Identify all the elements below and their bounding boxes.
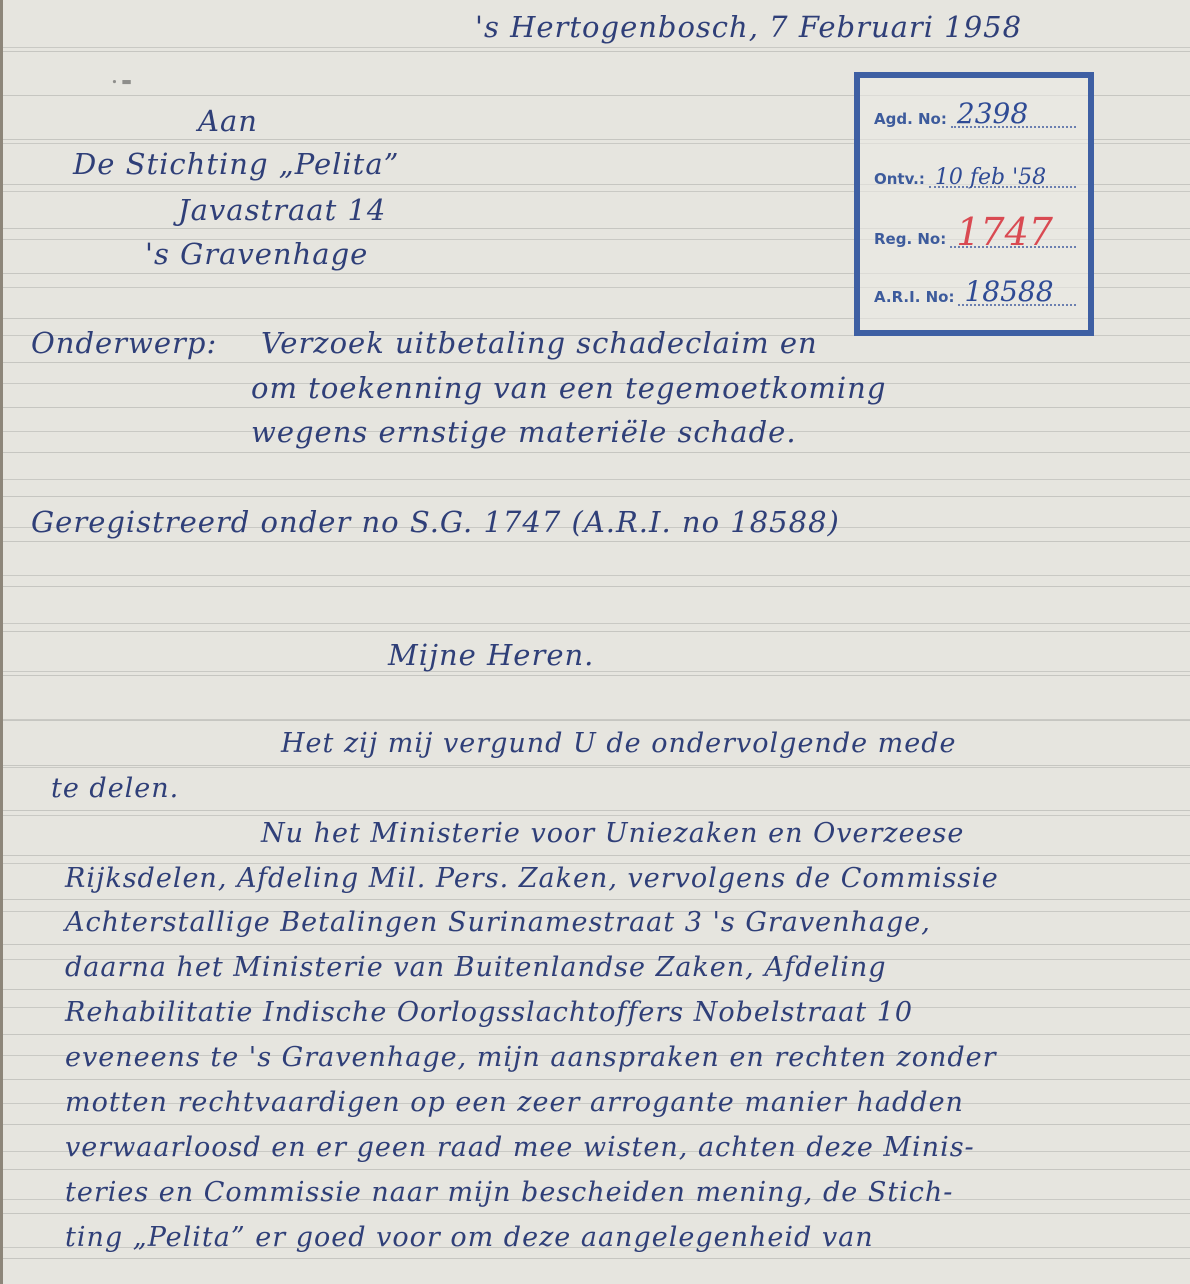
ruled-line: [3, 899, 1190, 900]
stamp-value-ari: 18588: [964, 275, 1053, 308]
body-line: te delen.: [51, 773, 179, 804]
ruled-line: [3, 496, 1190, 497]
stamp-value-reg: 1747: [956, 210, 1053, 254]
subject-line3: wegens ernstige materiële schade.: [251, 415, 797, 449]
stamp-row-ari: A.R.I. No: 18588: [874, 272, 1076, 312]
stamp-row-agd: Agd. No: 2398: [874, 94, 1076, 134]
stamp-field: 1747: [950, 206, 1076, 248]
registration-stamp: Agd. No: 2398 Ontv.: 10 feb '58 Reg. No:…: [854, 72, 1094, 336]
ruled-line: [3, 810, 1190, 811]
ruled-line: [3, 1034, 1190, 1035]
ruled-line: [3, 1169, 1190, 1170]
stamp-label: Ontv.:: [874, 170, 925, 188]
stamp-field: 18588: [958, 264, 1076, 306]
subject-line2: om toekenning van een tegemoetkoming: [251, 371, 886, 405]
addressee-line4: 's Gravenhage: [145, 237, 368, 271]
ruled-line: [3, 944, 1190, 945]
subject-line1: Verzoek uitbetaling schadeclaim en: [261, 326, 818, 360]
place-date: 's Hertogenbosch, 7 Februari 1958: [475, 10, 1022, 44]
body-line: teries en Commissie naar mijn bescheiden…: [65, 1177, 953, 1208]
ink-smudge: ∙ ▬: [111, 75, 132, 88]
body-line: Achterstallige Betalingen Surinamestraat…: [65, 907, 931, 938]
ruled-line: [3, 1079, 1190, 1080]
addressee-line2: De Stichting „Pelita”: [73, 147, 399, 181]
ruled-line: [3, 1258, 1190, 1259]
addressee-line3: Javastraat 14: [178, 193, 386, 227]
ruled-line: [3, 452, 1190, 453]
ruled-line: [3, 1213, 1190, 1214]
ruled-line: [3, 855, 1190, 856]
ruled-line: [3, 720, 1190, 721]
salutation: Mijne Heren.: [388, 638, 594, 672]
addressee-line1: Aan: [198, 104, 258, 138]
stamp-label: Agd. No:: [874, 110, 947, 128]
letter-page: ∙ ▬ 's Hertogenbosch, 7 Februari 1958 Aa…: [0, 0, 1190, 1284]
body-line: verwaarloosd en er geen raad mee wisten,…: [65, 1132, 975, 1163]
body-line: motten rechtvaardigen op een zeer arroga…: [65, 1087, 964, 1118]
stamp-label: Reg. No:: [874, 230, 946, 248]
body-line: Rijksdelen, Afdeling Mil. Pers. Zaken, v…: [65, 863, 999, 894]
ruled-line: [3, 675, 1190, 676]
ruled-line: [3, 1124, 1190, 1125]
stamp-label: A.R.I. No:: [874, 288, 954, 306]
body-line: Nu het Ministerie voor Uniezaken en Over…: [261, 818, 964, 849]
ruled-line: [3, 51, 1190, 52]
stamp-row-reg: Reg. No: 1747: [874, 214, 1076, 254]
ruled-line: [3, 586, 1190, 587]
body-line: Het zij mij vergund U de ondervolgende m…: [281, 728, 957, 759]
stamp-field: 10 feb '58: [929, 146, 1076, 188]
stamp-value-ontv: 10 feb '58: [935, 165, 1046, 190]
body-line: daarna het Ministerie van Buitenlandse Z…: [65, 952, 887, 983]
ruled-line: [3, 541, 1190, 542]
ruled-line: [3, 631, 1190, 632]
ruled-line: [3, 362, 1190, 363]
stamp-row-ontv: Ontv.: 10 feb '58: [874, 154, 1076, 194]
ruled-line: [3, 765, 1190, 766]
stamp-value-agd: 2398: [957, 97, 1028, 130]
stamp-field: 2398: [951, 86, 1076, 128]
body-line: ting „Pelita” er goed voor om deze aange…: [65, 1222, 874, 1253]
ruled-line: [3, 989, 1190, 990]
ruled-line: [3, 407, 1190, 408]
body-line: eveneens te 's Gravenhage, mijn aansprak…: [65, 1042, 997, 1073]
subject-label: Onderwerp:: [31, 326, 217, 360]
registered-reference: Geregistreerd onder no S.G. 1747 (A.R.I.…: [31, 505, 840, 539]
body-line: Rehabilitatie Indische Oorlogsslachtoffe…: [65, 997, 913, 1028]
